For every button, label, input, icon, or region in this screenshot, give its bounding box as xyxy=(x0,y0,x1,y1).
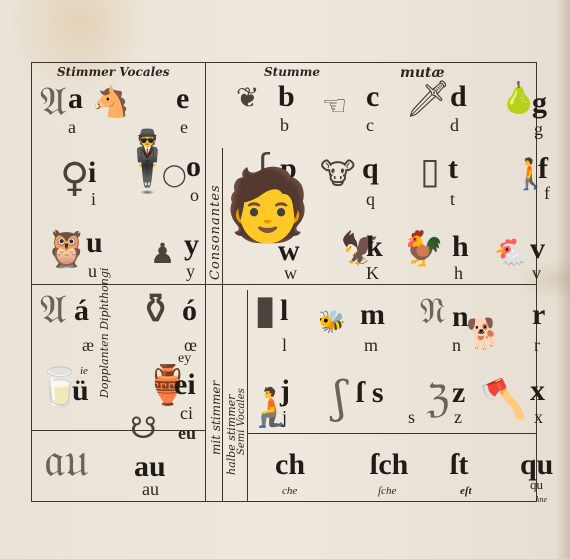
pinecone-icon: ❦ xyxy=(236,84,259,112)
semivowel-s-fraktur: ſ s xyxy=(356,378,384,408)
mute-f-roman: f xyxy=(544,184,550,202)
vowel-i-fraktur: i xyxy=(88,158,96,188)
ornate-n-icon: 𝔑 xyxy=(420,294,446,330)
dog-icon: 🐕 xyxy=(466,320,503,350)
vowel-o-fraktur: o xyxy=(186,152,201,182)
mute-v-fraktur: v xyxy=(530,234,545,264)
diphthong-au-roman: au xyxy=(142,480,159,498)
mute-h-roman: h xyxy=(454,264,463,282)
heading-semi-vocales: Semi Vocales xyxy=(236,388,247,455)
finger-icon: ☜ xyxy=(322,92,347,120)
vowel-y-roman: y xyxy=(186,262,195,280)
shepherd-icon: 🧑 xyxy=(224,170,311,240)
sword-flask-icon: 🗡 xyxy=(405,82,451,118)
jug-icon: 𝔄 xyxy=(40,290,67,330)
flask-icon: ⚱ xyxy=(138,288,173,330)
semivowel-l-roman: l xyxy=(282,336,287,354)
compound-qu-note: kne xyxy=(536,496,547,504)
diphthong-ie-fraktur: ü xyxy=(72,376,89,406)
heading-with-vowels: mit stimmer xyxy=(209,381,223,455)
semivowel-r-roman: r xyxy=(534,336,540,354)
compound-ch-roman: che xyxy=(282,486,297,497)
heading-vowels: Stimmer Vocales xyxy=(57,66,170,78)
udder-icon: ☋ xyxy=(130,414,157,444)
semivowel-z-fraktur: z xyxy=(452,378,465,408)
vowel-a-fraktur: a xyxy=(68,84,83,114)
donkey-icon: 🐴 xyxy=(92,88,129,118)
divider-compounds xyxy=(247,433,537,434)
heading-mutes-right: mutæ xyxy=(400,66,445,80)
semivowel-n-roman: n xyxy=(452,336,461,354)
semivowel-j-fraktur: j xyxy=(280,376,290,406)
vowel-u-fraktur: u xyxy=(86,228,103,258)
axe-icon: 🪓 xyxy=(480,380,527,418)
mute-w-fraktur: w xyxy=(278,236,300,266)
mute-h-fraktur: h xyxy=(452,232,469,262)
ornate-au-icon: 𝔞𝔲 xyxy=(44,436,89,484)
mute-d-roman: d xyxy=(450,116,459,134)
mute-f-fraktur: f xyxy=(538,154,548,184)
mute-t-roman: t xyxy=(450,190,455,208)
diphthong-oe-fraktur: ó xyxy=(182,296,197,326)
owl-icon: 🦉 xyxy=(44,232,89,268)
semivowel-z-roman: z xyxy=(454,408,462,426)
diphthong-ci-roman: ci xyxy=(180,404,193,422)
diphthong-ae-fraktur: á xyxy=(74,296,89,326)
mute-v-roman: v xyxy=(532,264,541,282)
divider-vowels-consonants xyxy=(205,62,206,502)
semivowel-m-roman: m xyxy=(364,336,378,354)
vowel-i-roman: i xyxy=(91,190,96,208)
compound-qu-roman: qu xyxy=(530,478,543,491)
diphthong-ie-roman: ie xyxy=(80,366,88,377)
mute-c-roman: c xyxy=(366,116,374,134)
mute-d-fraktur: d xyxy=(450,82,467,112)
semivowel-j-roman: j xyxy=(282,408,287,426)
small-figure-icon: ♟ xyxy=(150,240,175,268)
vowel-e-fraktur: e xyxy=(176,84,189,114)
compound-ch-fraktur: ch xyxy=(275,450,305,480)
diphthong-ei-fraktur: ei xyxy=(174,370,196,400)
semivowel-x-fraktur: x xyxy=(530,376,545,406)
diphthong-eu-fraktur: eu xyxy=(178,424,196,442)
vowel-o-roman: o xyxy=(190,186,199,204)
semivowel-r-fraktur: r xyxy=(532,300,545,330)
compound-sch-roman: ſche xyxy=(378,486,396,497)
compound-st-roman: eſt xyxy=(460,486,472,497)
diphthong-au-fraktur: au xyxy=(134,452,166,482)
heading-consonantes: Consonantes xyxy=(208,184,223,280)
woman-figure-icon: ♀ xyxy=(60,158,89,198)
cow-head-icon: 🐮 xyxy=(320,160,356,190)
mute-k-fraktur: k xyxy=(366,232,383,262)
mute-w-roman: w xyxy=(284,264,297,282)
mute-b-fraktur: b xyxy=(278,82,295,112)
heading-mutes-left: Stumme xyxy=(264,66,320,78)
compound-qu-fraktur: qu xyxy=(520,450,553,480)
heading-diphthongs: Dopplanten Diphthongi xyxy=(98,268,111,398)
mute-t-fraktur: t xyxy=(448,154,458,184)
compound-st-fraktur: ſt xyxy=(450,450,468,480)
serpent-icon: ʃ xyxy=(334,376,346,420)
ornate-a-icon: 𝔄 xyxy=(40,82,67,122)
mute-c-fraktur: c xyxy=(366,82,379,112)
mute-g-fraktur: g xyxy=(532,88,547,118)
semivowel-m-fraktur: m xyxy=(360,300,385,330)
semivowel-l-fraktur: l xyxy=(280,296,288,326)
bee-icon: 🐝 xyxy=(318,312,345,334)
mute-q-roman: q xyxy=(366,190,375,208)
mute-b-roman: b xyxy=(280,116,289,134)
page-edge-shadow xyxy=(556,0,570,559)
vowel-y-fraktur: y xyxy=(184,230,199,260)
rooster-icon: 🐓 xyxy=(402,232,444,266)
staff-icon: ▮ xyxy=(254,290,276,330)
vowel-u-roman: u xyxy=(88,262,97,280)
compound-sch-fraktur: ſch xyxy=(370,450,408,480)
diphthong-ae-roman: æ xyxy=(82,336,94,354)
horn-icon: ℨ xyxy=(426,380,449,418)
semivowel-s-roman: s xyxy=(408,408,415,426)
mortar-icon: ▯ xyxy=(420,154,440,190)
diphthong-ey-roman: ey xyxy=(178,352,191,366)
open-mouth-icon: ◯ xyxy=(162,165,187,187)
mute-q-fraktur: q xyxy=(362,154,379,184)
mute-k-roman: K xyxy=(366,264,379,282)
vowel-a-roman: a xyxy=(68,118,76,136)
hen-icon: 🐔 xyxy=(494,240,526,266)
mute-g-roman: g xyxy=(534,120,543,138)
semivowel-x-roman: x xyxy=(534,408,543,426)
